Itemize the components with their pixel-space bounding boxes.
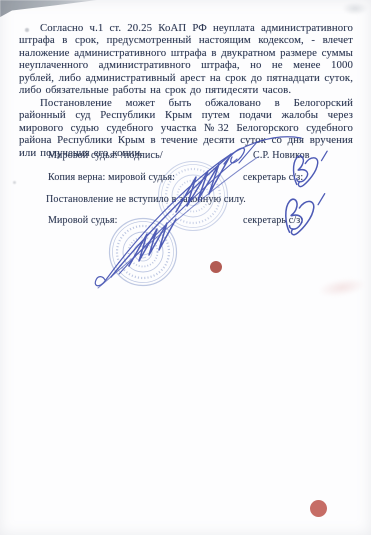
- signature-placeholder: /подпись/: [121, 150, 163, 161]
- paragraph-fine-provision: Согласно ч.1 ст. 20.25 КоАП РФ неуплата …: [19, 22, 353, 97]
- scan-speck: [13, 181, 16, 184]
- red-dot-mark-1: [210, 261, 222, 273]
- court-stamp-lower: [110, 219, 177, 286]
- scan-smudge-top-right: [342, 2, 368, 15]
- judge-name: С.Р. Новиков: [253, 150, 310, 161]
- secretary-label-2: секретарь с/з:: [243, 215, 303, 226]
- not-in-force-note: Постановление не вступило в законную сил…: [46, 194, 246, 205]
- secretary-label-1: секретарь с/з:: [243, 172, 303, 183]
- scan-edge-artifact: [0, 0, 100, 18]
- scan-pink-smudge: [317, 275, 367, 299]
- document-page: Согласно ч.1 ст. 20.25 КоАП РФ неуплата …: [0, 0, 371, 535]
- red-dot-mark-2: [310, 500, 327, 517]
- copy-correct-label: Копия верна: мировой судья:: [48, 172, 175, 183]
- judge-signature-label: Мировой судья:: [48, 150, 118, 161]
- judge-signature-label-2: Мировой судья:: [48, 215, 118, 226]
- document-body: Согласно ч.1 ст. 20.25 КоАП РФ неуплата …: [19, 22, 353, 159]
